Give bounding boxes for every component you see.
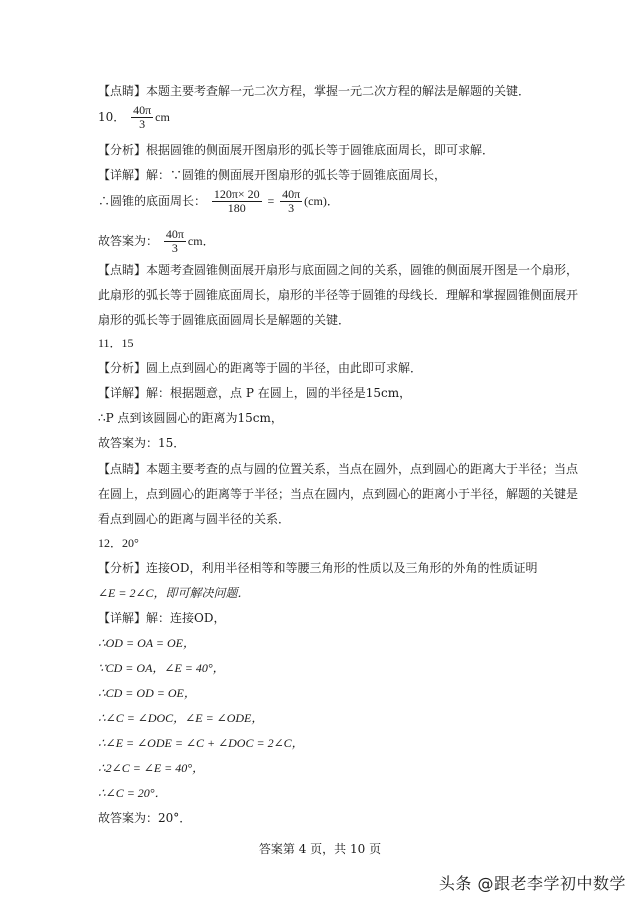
q11-final: 故答案为：15． bbox=[98, 436, 185, 450]
q10-detail-1: 【详解】解：∵圆锥的侧面展开图扇形的弧长等于圆锥底面周长， bbox=[98, 168, 446, 182]
detail-prefix: ∴圆锥的底面周长： bbox=[98, 194, 206, 208]
calc-fraction: 120π× 20180 bbox=[212, 188, 262, 215]
q11-detail-1: 【详解】解：根据题意，点 P 在圆上，圆的半径是15cm， bbox=[98, 386, 411, 400]
q11-detail-2: ∴P 点到该圆圆心的距离为15cm， bbox=[98, 411, 283, 425]
result-fraction: 40π3 bbox=[280, 188, 302, 215]
q10-final: 故答案为： 40π3cm． bbox=[98, 228, 215, 255]
q12-step-3: ∴CD = OD = OE， bbox=[98, 686, 196, 700]
unit-text: (cm)． bbox=[304, 194, 339, 208]
q10-comment-2: 此扇形的弧长等于圆锥底面周长，扇形的半径等于圆锥的母线长．理解和掌握圆锥侧面展开 bbox=[98, 288, 578, 302]
q11-comment-3: 看点到圆心的距离与圆半径的关系． bbox=[98, 512, 290, 526]
q10-comment-3: 扇形的弧长等于圆锥底面圆周长是解题的关键． bbox=[98, 313, 350, 327]
q10-detail-2: ∴圆锥的底面周长： 120π× 20180 = 40π3(cm)． bbox=[98, 188, 339, 215]
q12-step-2: ∵CD = OA，∠E = 40°， bbox=[98, 661, 225, 675]
q12-detail-1: 【详解】解：连接OD， bbox=[98, 611, 225, 625]
equals-sign: = bbox=[268, 194, 275, 208]
q12-number: 12．20° bbox=[98, 536, 139, 550]
final-prefix: 故答案为： bbox=[98, 234, 158, 248]
q12-step-1: ∴OD = OA = OE， bbox=[98, 636, 195, 650]
page-footer: 答案第 4 页，共 10 页 bbox=[0, 840, 640, 857]
final-fraction: 40π3 bbox=[164, 228, 186, 255]
q11-analysis: 【分析】圆上点到圆心的距离等于圆的半径，由此即可求解． bbox=[98, 361, 422, 375]
q12-analysis-1: 【分析】连接OD，利用半径相等和等腰三角形的性质以及三角形的外角的性质证明 bbox=[98, 561, 537, 575]
q10-comment-1: 【点睛】本题考查圆锥侧面展开扇形与底面圆之间的关系，圆锥的侧面展开图是一个扇形， bbox=[98, 263, 578, 277]
unit-text: cm． bbox=[188, 234, 215, 248]
q12-step-6: ∴2∠C = ∠E = 40°， bbox=[98, 761, 204, 775]
q12-analysis-2: ∠E = 2∠C，即可解决问题． bbox=[98, 586, 250, 600]
unit-text: cm bbox=[155, 110, 170, 124]
q10-answer: 10． 40π3cm bbox=[98, 104, 170, 131]
q10-number: 10． bbox=[98, 110, 125, 124]
q11-number: 11．15 bbox=[98, 336, 134, 350]
q11-comment-1: 【点睛】本题主要考查的点与圆的位置关系，当点在圆外，点到圆心的距离大于半径；当点 bbox=[98, 462, 578, 476]
q12-step-4: ∴∠C = ∠DOC，∠E = ∠ODE， bbox=[98, 711, 263, 725]
q10-analysis: 【分析】根据圆锥的侧面展开图扇形的弧长等于圆锥底面周长，即可求解． bbox=[98, 143, 494, 157]
q10-answer-fraction: 40π3 bbox=[131, 104, 153, 131]
q11-comment-2: 在圆上，点到圆心的距离等于半径；当点在圆内，点到圆心的距离小于半径，解题的关键是 bbox=[98, 487, 578, 501]
q12-final: 故答案为：20°． bbox=[98, 811, 191, 825]
q12-step-7: ∴∠C = 20°． bbox=[98, 786, 167, 800]
q9-comment: 【点睛】本题主要考查解一元二次方程，掌握一元二次方程的解法是解题的关键． bbox=[98, 84, 530, 98]
q12-step-5: ∴∠E = ∠ODE = ∠C + ∠DOC = 2∠C， bbox=[98, 736, 304, 750]
watermark: 头条 @跟老李学初中数学 bbox=[439, 871, 626, 894]
